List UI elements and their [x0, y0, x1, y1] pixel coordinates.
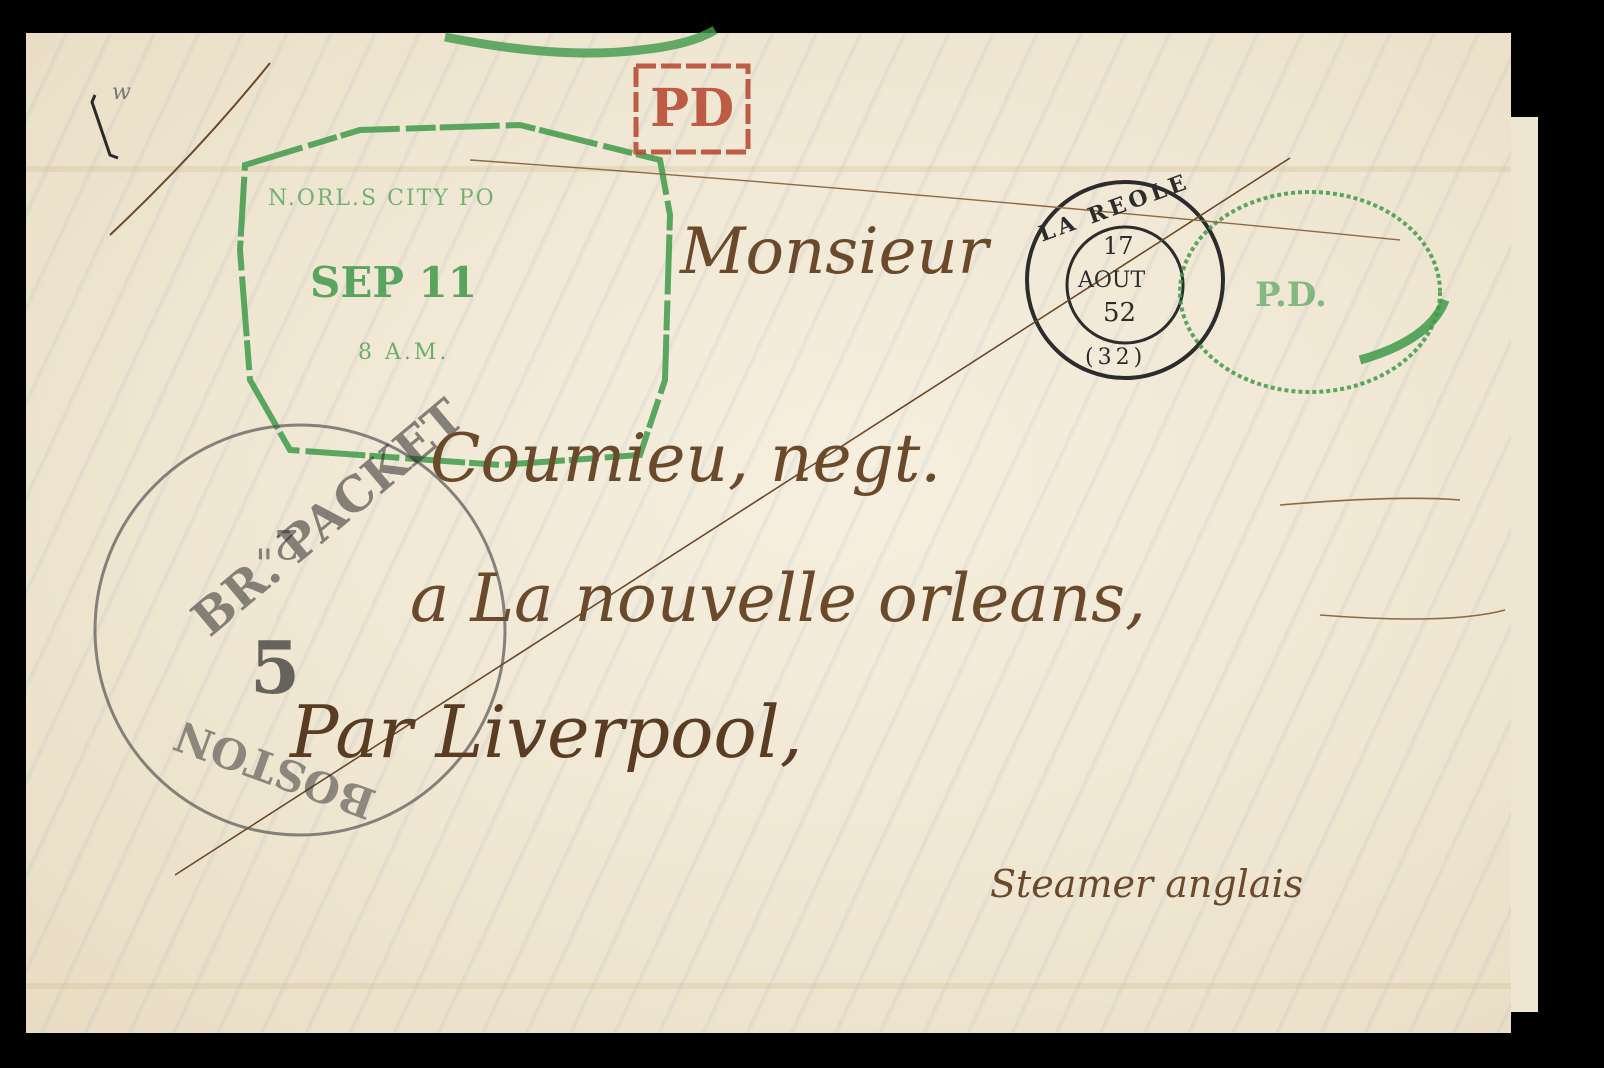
corner-pencil-mark: w — [112, 80, 131, 105]
ny-postmark-line1: N.ORL.S CITY PO — [268, 186, 496, 211]
ny-postmark-date: SEP 11 — [310, 258, 477, 307]
pd-postmark: PD — [650, 78, 734, 139]
postal-markings — [0, 0, 1604, 1068]
la-reole-year: 52 — [1103, 298, 1136, 328]
la-reole-month: AOUT — [1078, 268, 1145, 293]
ny-postmark-time: 8 A.M. — [358, 340, 449, 365]
green-oval-postmark: P.D. — [1255, 275, 1327, 315]
address-line-3: a La nouvelle orleans, — [410, 560, 1146, 637]
la-reole-dept: (32) — [1085, 345, 1146, 370]
la-reole-day: 17 — [1103, 232, 1134, 260]
routing-instruction: Steamer anglais — [990, 862, 1303, 906]
address-line-4: Par Liverpool, — [290, 690, 803, 774]
address-line-2: Coumieu, negt. — [430, 420, 941, 497]
address-line-1: Monsieur — [680, 215, 988, 289]
br-packet-small: 2" — [255, 520, 299, 566]
